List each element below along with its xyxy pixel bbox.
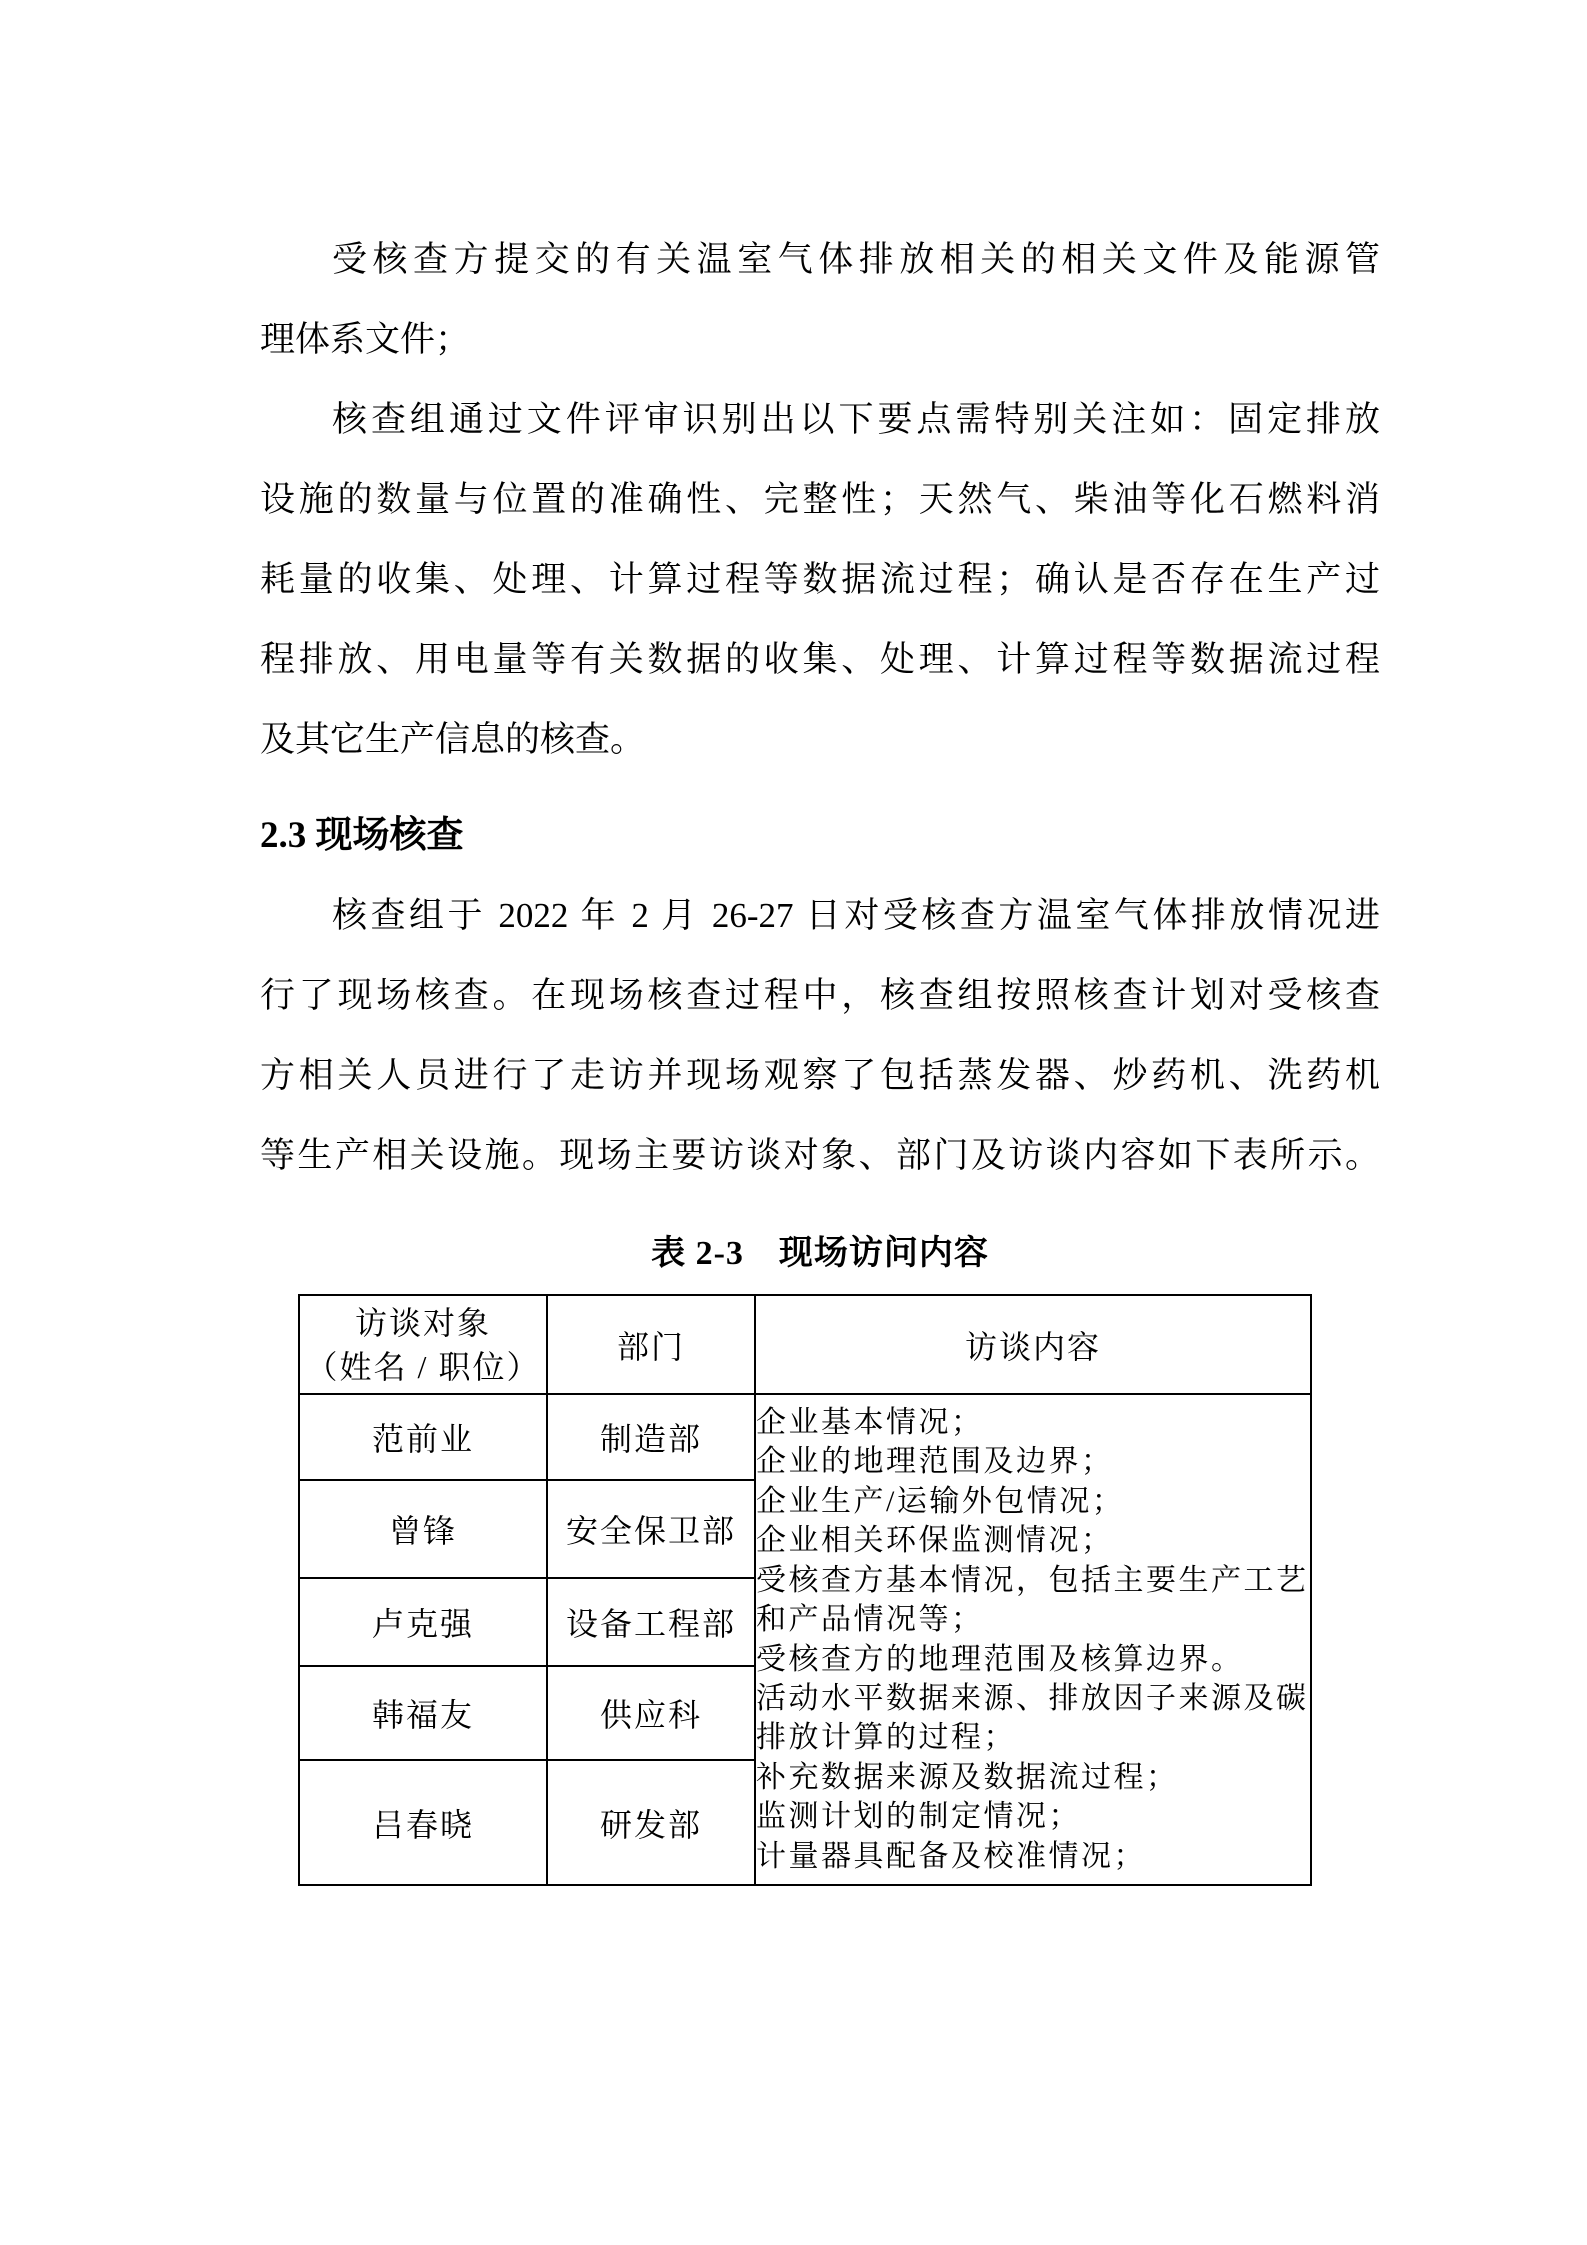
text-line: 等生产相关设施。现场主要访谈对象、部门及访谈内容如下表所示。 [260, 1116, 1380, 1196]
department-cell: 设备工程部 [547, 1578, 755, 1666]
interviewee-name-cell: 卢克强 [299, 1578, 547, 1666]
interview-content-item: 计量器具配备及校准情况； [756, 1837, 1310, 1876]
interview-content-item: 企业的地理范围及边界； [756, 1442, 1310, 1481]
interviewee-name-cell: 曾锋 [299, 1480, 547, 1578]
interview-content-item: 受核查方的地理范围及核算边界。 [756, 1640, 1310, 1679]
interview-content-item: 企业相关环保监测情况； [756, 1521, 1310, 1560]
department-cell: 制造部 [547, 1394, 755, 1480]
interviewee-name-cell: 范前业 [299, 1394, 547, 1480]
table-caption: 表 2-3 现场访问内容 [260, 1214, 1380, 1294]
interviewee-name-cell: 韩福友 [299, 1666, 547, 1760]
col-header-interviewee: 访谈对象 （姓名 / 职位） [299, 1295, 547, 1394]
table-row: 范前业 制造部 企业基本情况； 企业的地理范围及边界； 企业生产/运输外包情况；… [299, 1394, 1311, 1480]
interview-content-item: 活动水平数据来源、排放因子来源及碳排放计算的过程； [756, 1679, 1310, 1758]
interview-table: 访谈对象 （姓名 / 职位） 部门 访谈内容 范前业 制造部 企业基本情况； 企… [298, 1294, 1312, 1886]
text-line: 及其它生产信息的核查。 [260, 700, 1380, 780]
text-line: 耗量的收集、处理、计算过程等数据流过程；确认是否存在生产过 [260, 540, 1380, 620]
department-cell: 安全保卫部 [547, 1480, 755, 1578]
text-line: 行了现场核查。在现场核查过程中，核查组按照核查计划对受核查 [260, 956, 1380, 1036]
col-header-interviewee-line1: 访谈对象 [300, 1301, 546, 1345]
interview-content-item: 监测计划的制定情况； [756, 1797, 1310, 1836]
paragraph-submitted-documents: 受核查方提交的有关温室气体排放相关的相关文件及能源管 理体系文件； [260, 220, 1380, 380]
text-line: 程排放、用电量等有关数据的收集、处理、计算过程等数据流过程 [260, 620, 1380, 700]
paragraph-onsite-verification: 核查组于 2022 年 2 月 26-27 日对受核查方温室气体排放情况进 行了… [260, 876, 1380, 1196]
document-page: 受核查方提交的有关温室气体排放相关的相关文件及能源管 理体系文件； 核查组通过文… [0, 0, 1587, 2245]
department-cell: 供应科 [547, 1666, 755, 1760]
department-cell: 研发部 [547, 1760, 755, 1885]
interview-content-cell: 企业基本情况； 企业的地理范围及边界； 企业生产/运输外包情况； 企业相关环保监… [755, 1394, 1311, 1885]
interviewee-name-cell: 吕春晓 [299, 1760, 547, 1885]
paragraph-document-review: 核查组通过文件评审识别出以下要点需特别关注如：固定排放 设施的数量与位置的准确性… [260, 380, 1380, 780]
col-header-content: 访谈内容 [755, 1295, 1311, 1394]
text-line: 理体系文件； [260, 300, 1380, 380]
col-header-interviewee-line2: （姓名 / 职位） [300, 1345, 546, 1389]
interview-content-item: 企业基本情况； [756, 1403, 1310, 1442]
interview-content-item: 企业生产/运输外包情况； [756, 1482, 1310, 1521]
col-header-department: 部门 [547, 1295, 755, 1394]
interview-content-item: 补充数据来源及数据流过程； [756, 1758, 1310, 1797]
table-header-row: 访谈对象 （姓名 / 职位） 部门 访谈内容 [299, 1295, 1311, 1394]
text-line: 核查组通过文件评审识别出以下要点需特别关注如：固定排放 [260, 380, 1380, 460]
section-heading: 2.3 现场核查 [260, 796, 1380, 876]
text-line: 受核查方提交的有关温室气体排放相关的相关文件及能源管 [260, 220, 1380, 300]
interview-content-item: 受核查方基本情况，包括主要生产工艺和产品情况等； [756, 1561, 1310, 1640]
text-line: 设施的数量与位置的准确性、完整性；天然气、柴油等化石燃料消 [260, 460, 1380, 540]
text-line: 方相关人员进行了走访并现场观察了包括蒸发器、炒药机、洗药机 [260, 1036, 1380, 1116]
text-line: 核查组于 2022 年 2 月 26-27 日对受核查方温室气体排放情况进 [260, 876, 1380, 956]
